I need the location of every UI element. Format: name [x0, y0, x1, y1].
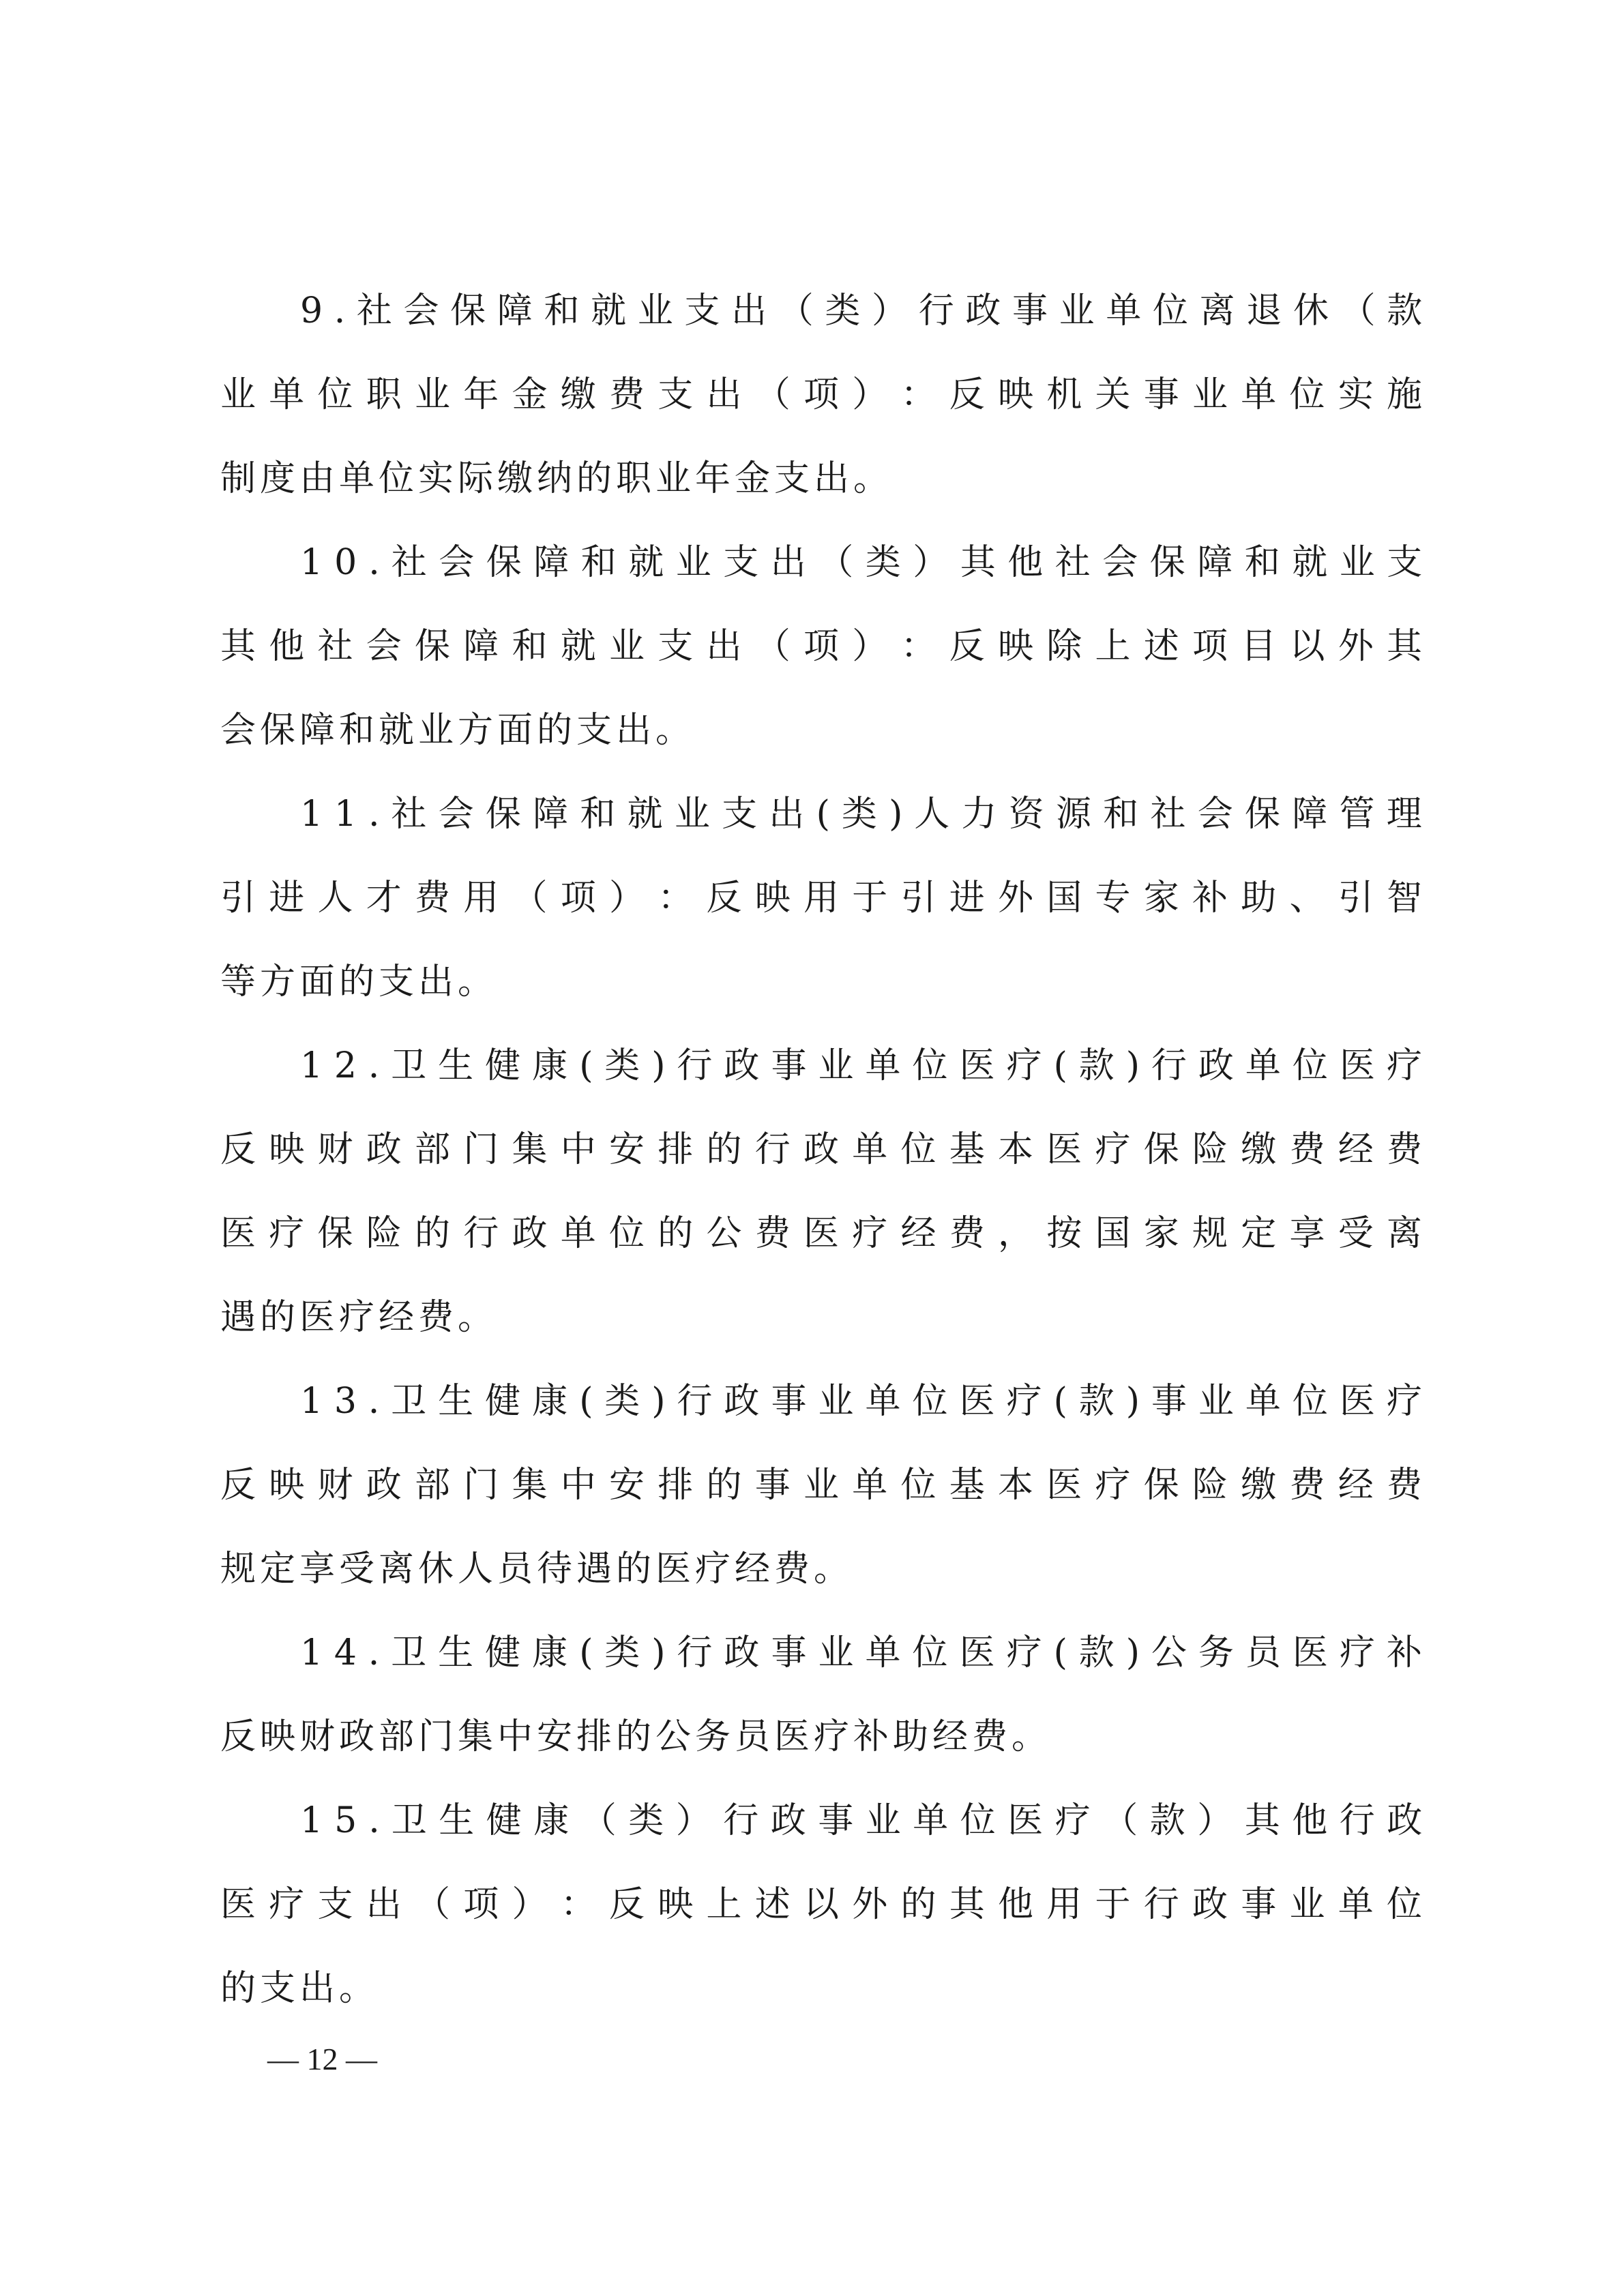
page-number: — 12 — — [267, 2036, 377, 2083]
paragraph-line: 的支出。 — [220, 1947, 1422, 2031]
paragraph-line: 1 4 . 卫 生 健 康 ( 类 ) 行 政 事 业 单 位 医 疗 ( 款 … — [220, 1611, 1422, 1695]
paragraph-line: 等方面的支出。 — [220, 940, 1422, 1024]
paragraph-line: 引 进 人 才 费 用 （ 项 ） ： 反 映 用 于 引 进 外 国 专 家 … — [220, 856, 1422, 940]
paragraph-item-12: 1 2 . 卫 生 健 康 ( 类 ) 行 政 事 业 单 位 医 疗 ( 款 … — [220, 1024, 1422, 1360]
paragraph-line: 制度由单位实际缴纳的职业年金支出。 — [220, 437, 1422, 521]
paragraph-item-10: 1 0 . 社 会 保 障 和 就 业 支 出 （ 类 ） 其 他 社 会 保 … — [220, 521, 1422, 773]
paragraph-item-14: 1 4 . 卫 生 健 康 ( 类 ) 行 政 事 业 单 位 医 疗 ( 款 … — [220, 1611, 1422, 1779]
paragraph-line: 反 映 财 政 部 门 集 中 安 排 的 行 政 单 位 基 本 医 疗 保 … — [220, 1108, 1422, 1192]
paragraph-line: 遇的医疗经费。 — [220, 1276, 1422, 1360]
paragraph-line: 其 他 社 会 保 障 和 就 业 支 出 （ 项 ） ： 反 映 除 上 述 … — [220, 605, 1422, 689]
document-body: 9 . 社 会 保 障 和 就 业 支 出 （ 类 ） 行 政 事 业 单 位 … — [220, 269, 1422, 2031]
paragraph-line: 医 疗 支 出 （ 项 ） ： 反 映 上 述 以 外 的 其 他 用 于 行 … — [220, 1863, 1422, 1947]
paragraph-line: 医 疗 保 险 的 行 政 单 位 的 公 费 医 疗 经 费 ， 按 国 家 … — [220, 1192, 1422, 1276]
paragraph-line: 1 5 . 卫 生 健 康 （ 类 ） 行 政 事 业 单 位 医 疗 （ 款 … — [220, 1779, 1422, 1863]
paragraph-line: 反 映 财 政 部 门 集 中 安 排 的 事 业 单 位 基 本 医 疗 保 … — [220, 1444, 1422, 1527]
paragraph-line: 9 . 社 会 保 障 和 就 业 支 出 （ 类 ） 行 政 事 业 单 位 … — [220, 269, 1422, 353]
paragraph-line: 1 1 . 社 会 保 障 和 就 业 支 出 ( 类 ) 人 力 资 源 和 … — [220, 773, 1422, 856]
paragraph-line: 规定享受离休人员待遇的医疗经费。 — [220, 1527, 1422, 1611]
paragraph-line: 1 3 . 卫 生 健 康 ( 类 ) 行 政 事 业 单 位 医 疗 ( 款 … — [220, 1360, 1422, 1444]
paragraph-item-13: 1 3 . 卫 生 健 康 ( 类 ) 行 政 事 业 单 位 医 疗 ( 款 … — [220, 1360, 1422, 1611]
paragraph-line: 反映财政部门集中安排的公务员医疗补助经费。 — [220, 1695, 1422, 1779]
paragraph-item-11: 1 1 . 社 会 保 障 和 就 业 支 出 ( 类 ) 人 力 资 源 和 … — [220, 773, 1422, 1024]
paragraph-line: 1 2 . 卫 生 健 康 ( 类 ) 行 政 事 业 单 位 医 疗 ( 款 … — [220, 1024, 1422, 1108]
paragraph-line: 会保障和就业方面的支出。 — [220, 689, 1422, 773]
paragraph-line: 业 单 位 职 业 年 金 缴 费 支 出 （ 项 ） ： 反 映 机 关 事 … — [220, 353, 1422, 437]
paragraph-line: 1 0 . 社 会 保 障 和 就 业 支 出 （ 类 ） 其 他 社 会 保 … — [220, 521, 1422, 605]
paragraph-item-9: 9 . 社 会 保 障 和 就 业 支 出 （ 类 ） 行 政 事 业 单 位 … — [220, 269, 1422, 521]
paragraph-item-15: 1 5 . 卫 生 健 康 （ 类 ） 行 政 事 业 单 位 医 疗 （ 款 … — [220, 1779, 1422, 2031]
